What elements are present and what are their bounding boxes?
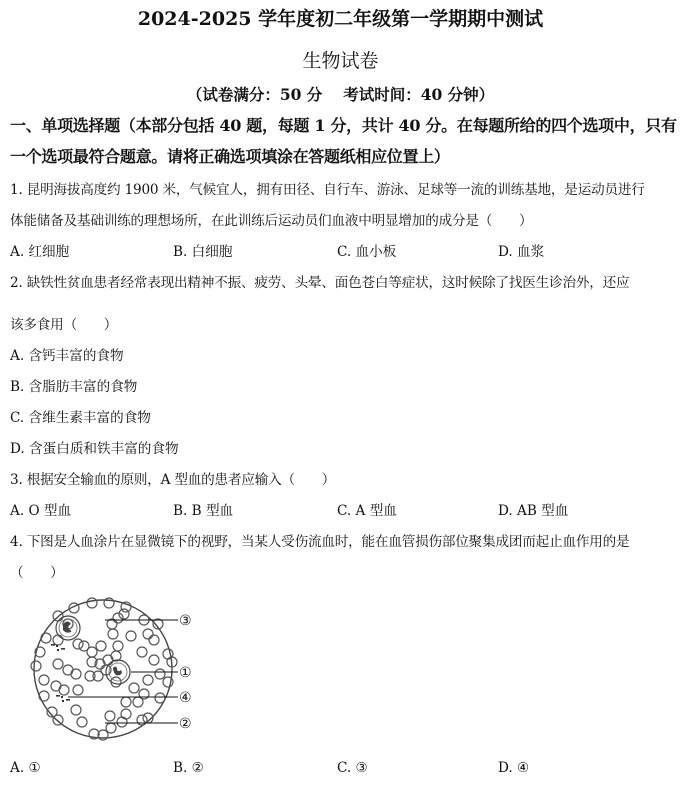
label-3: ③ [179,613,192,629]
question-1-line1: 1. 昆明海拔高度约 1900 米，气候宜人，拥有田径、自行车、游泳、足球等一流… [10,178,645,198]
q2-option-a[interactable]: A. 含钙丰富的食物 [10,344,124,364]
q3-option-c[interactable]: C. A 型血 [337,499,397,519]
q2-option-c[interactable]: C. 含维生素丰富的食物 [10,406,151,426]
q4-option-b[interactable]: B. ② [173,760,204,776]
section-instructions-line2: 一个选项最符合题意。请将正确选项填涂在答题纸相应位置上） [10,144,450,167]
exam-title: 2024-2025 学年度初二年级第一学期期中测试 [0,4,681,31]
q1-option-d[interactable]: D. 血浆 [498,240,544,260]
q1-option-b[interactable]: B. 白细胞 [173,240,232,260]
q2-option-b[interactable]: B. 含脂肪丰富的食物 [10,375,137,395]
q3-option-b[interactable]: B. B 型血 [173,499,233,519]
q3-option-a[interactable]: A. O 型血 [10,499,71,519]
q4-option-a[interactable]: A. ① [10,760,41,776]
question-4-line1: 4. 下图是人血涂片在显微镜下的视野，当某人受伤流血时，能在血管损伤部位聚集成团… [10,530,629,550]
question-4-line2: （ ） [10,561,64,581]
exam-meta: （试卷满分：50 分 考试时间：40 分钟） [0,83,681,105]
question-2-line1: 2. 缺铁性贫血患者经常表现出精神不振、疲劳、头晕、面色苍白等症状，这时候除了找… [10,271,629,291]
question-1-line2: 体能储备及基础训练的理想场所，在此训练后运动员们血液中明显增加的成分是（ ） [10,209,532,229]
blood-smear-diagram: ③ ① ④ ② [18,594,248,744]
q4-option-d[interactable]: D. ④ [498,760,529,776]
label-1: ① [179,665,192,681]
question-3-line1: 3. 根据安全输血的原则，A 型血的患者应输入（ ） [10,468,335,488]
q1-option-a[interactable]: A. 红细胞 [10,240,69,260]
q1-option-c[interactable]: C. 血小板 [337,240,396,260]
exam-subtitle: 生物试卷 [0,46,681,73]
section-instructions-line1: 一、单项选择题（本部分包括 40 题，每题 1 分，共计 40 分。在每题所给的… [10,113,677,136]
q4-option-c[interactable]: C. ③ [337,760,368,776]
next-question-cut-off [10,788,370,795]
question-2-line2: 该多食用（ ） [10,313,117,333]
q3-option-d[interactable]: D. AB 型血 [498,499,568,519]
blood-smear-illustration: ③ ① ④ ② [18,594,248,744]
label-2: ② [179,716,192,732]
q2-option-d[interactable]: D. 含蛋白质和铁丰富的食物 [10,437,179,457]
label-4: ④ [179,690,192,706]
white-blood-cell-2 [106,660,130,684]
